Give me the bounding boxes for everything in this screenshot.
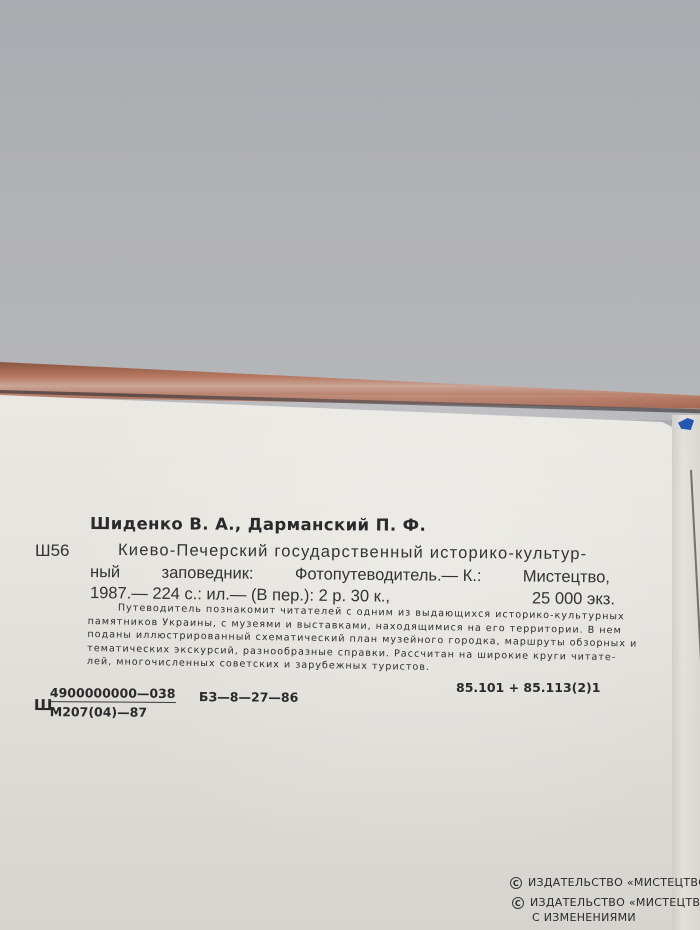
book-gutter [672,415,700,930]
code-numerator: 4900000000—038 [50,685,176,703]
copyright-line-2: CИЗДАТЕЛЬСТВО «МИСТЕЦТВО», 1 [512,896,700,909]
biblio-word: ный [90,563,120,582]
print-run: 25 000 экз. [532,589,615,609]
copyright-line-1: CИЗДАТЕЛЬСТВО «МИСТЕЦТВО», 1 [510,876,700,889]
biblio-word: Фотопутеводитель.— К.: [295,565,482,586]
shelf-code: Ш56 [35,541,70,561]
bbk-index: 85.101 + 85.113(2)1 [456,680,600,695]
copyright-text: ИЗДАТЕЛЬСТВО «МИСТЕЦТВО», 1 [530,896,700,909]
biblio-word: заповедник: [161,564,253,584]
copyright-icon: C [510,877,522,889]
order-code: БЗ—8—27—86 [199,689,299,705]
annotation-paragraph: Путеводитель познакомит читателей с одни… [87,601,623,678]
copyright-text: ИЗДАТЕЛЬСТВО «МИСТЕЦТВО», 1 [528,876,700,889]
authors-heading: Шиденко В. А., Дарманский П. Ф. [90,514,426,535]
code-fraction: 4900000000—038 М207(04)—87 [50,685,176,720]
copyright-icon: C [512,897,524,909]
biblio-word: Мистецтво, [523,568,610,588]
background-surface [0,0,700,420]
copyright-line-3: С ИЗМЕНЕНИЯМИ [532,911,636,924]
code-denominator: М207(04)—87 [50,702,176,720]
